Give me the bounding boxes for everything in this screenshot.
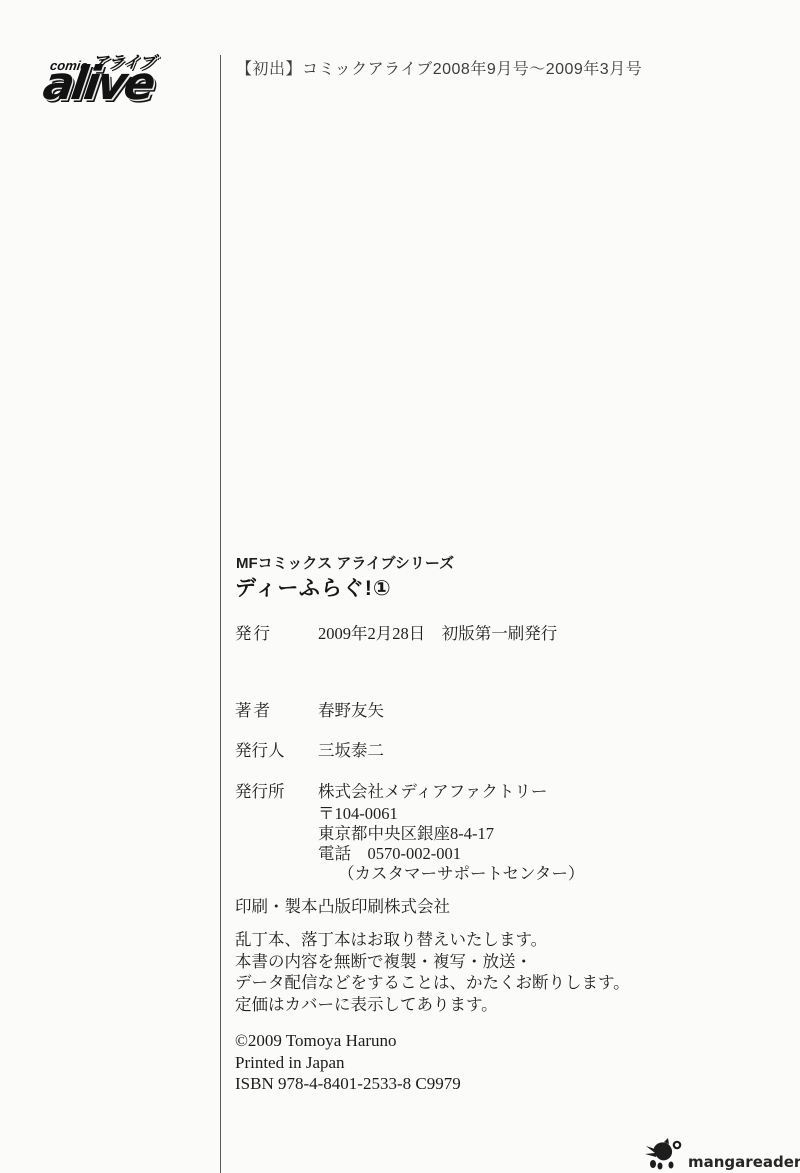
row-label: 発行 [235,620,272,644]
row-value: 三坂泰二 [318,737,384,761]
row-label: 発行人 [235,737,285,761]
legal-notices: 乱丁本、落丁本はお取り替えいたします。 本書の内容を無断で複製・複写・放送・ デ… [235,929,630,1015]
notice-line: 乱丁本、落丁本はお取り替えいたします。 [235,929,630,951]
isbn-line: ISBN 978-4-8401-2533-8 C9979 [235,1073,461,1095]
copyright-line: ©2009 Tomoya Haruno [235,1030,461,1052]
comic-alive-logo: comic アライブ alive [39,46,217,116]
vertical-divider [220,55,221,1173]
row-value: 株式会社メディアファクトリー [318,778,547,802]
series-name: MFコミックス アライブシリーズ [236,552,454,573]
notice-line: 本書の内容を無断で複製・複写・放送・ [235,951,630,973]
row-label: 発行所 [235,778,285,802]
book-title: ディーふらぐ!① [235,572,392,602]
first-publication-note: 【初出】コミックアライブ2008年9月号～2009年3月号 [236,56,642,79]
mangareader-mascot-icon [644,1138,686,1173]
row-value: 春野友矢 [318,697,384,721]
row-label: 著者 [235,697,272,721]
row-label: 印刷・製本 [235,893,318,917]
copyright-block: ©2009 Tomoya Haruno Printed in Japan ISB… [235,1030,461,1095]
watermark-site-name: mangareader.net [688,1153,800,1173]
logo-alive-text: alive [40,60,155,106]
notice-line: 定価はカバーに表示してあります。 [235,994,630,1016]
site-watermark: mangareader.net [644,1138,800,1173]
printed-in-line: Printed in Japan [235,1052,461,1074]
row-value: 2009年2月28日 初版第一刷発行 [318,620,557,644]
row-value: 凸版印刷株式会社 [318,893,450,917]
notice-line: データ配信などをすることは、かたくお断りします。 [235,972,630,994]
publisher-support-center: （カスタマーサポートセンター） [338,860,584,884]
manga-colophon-page: comic アライブ alive 【初出】コミックアライブ2008年9月号～20… [0,0,800,1173]
